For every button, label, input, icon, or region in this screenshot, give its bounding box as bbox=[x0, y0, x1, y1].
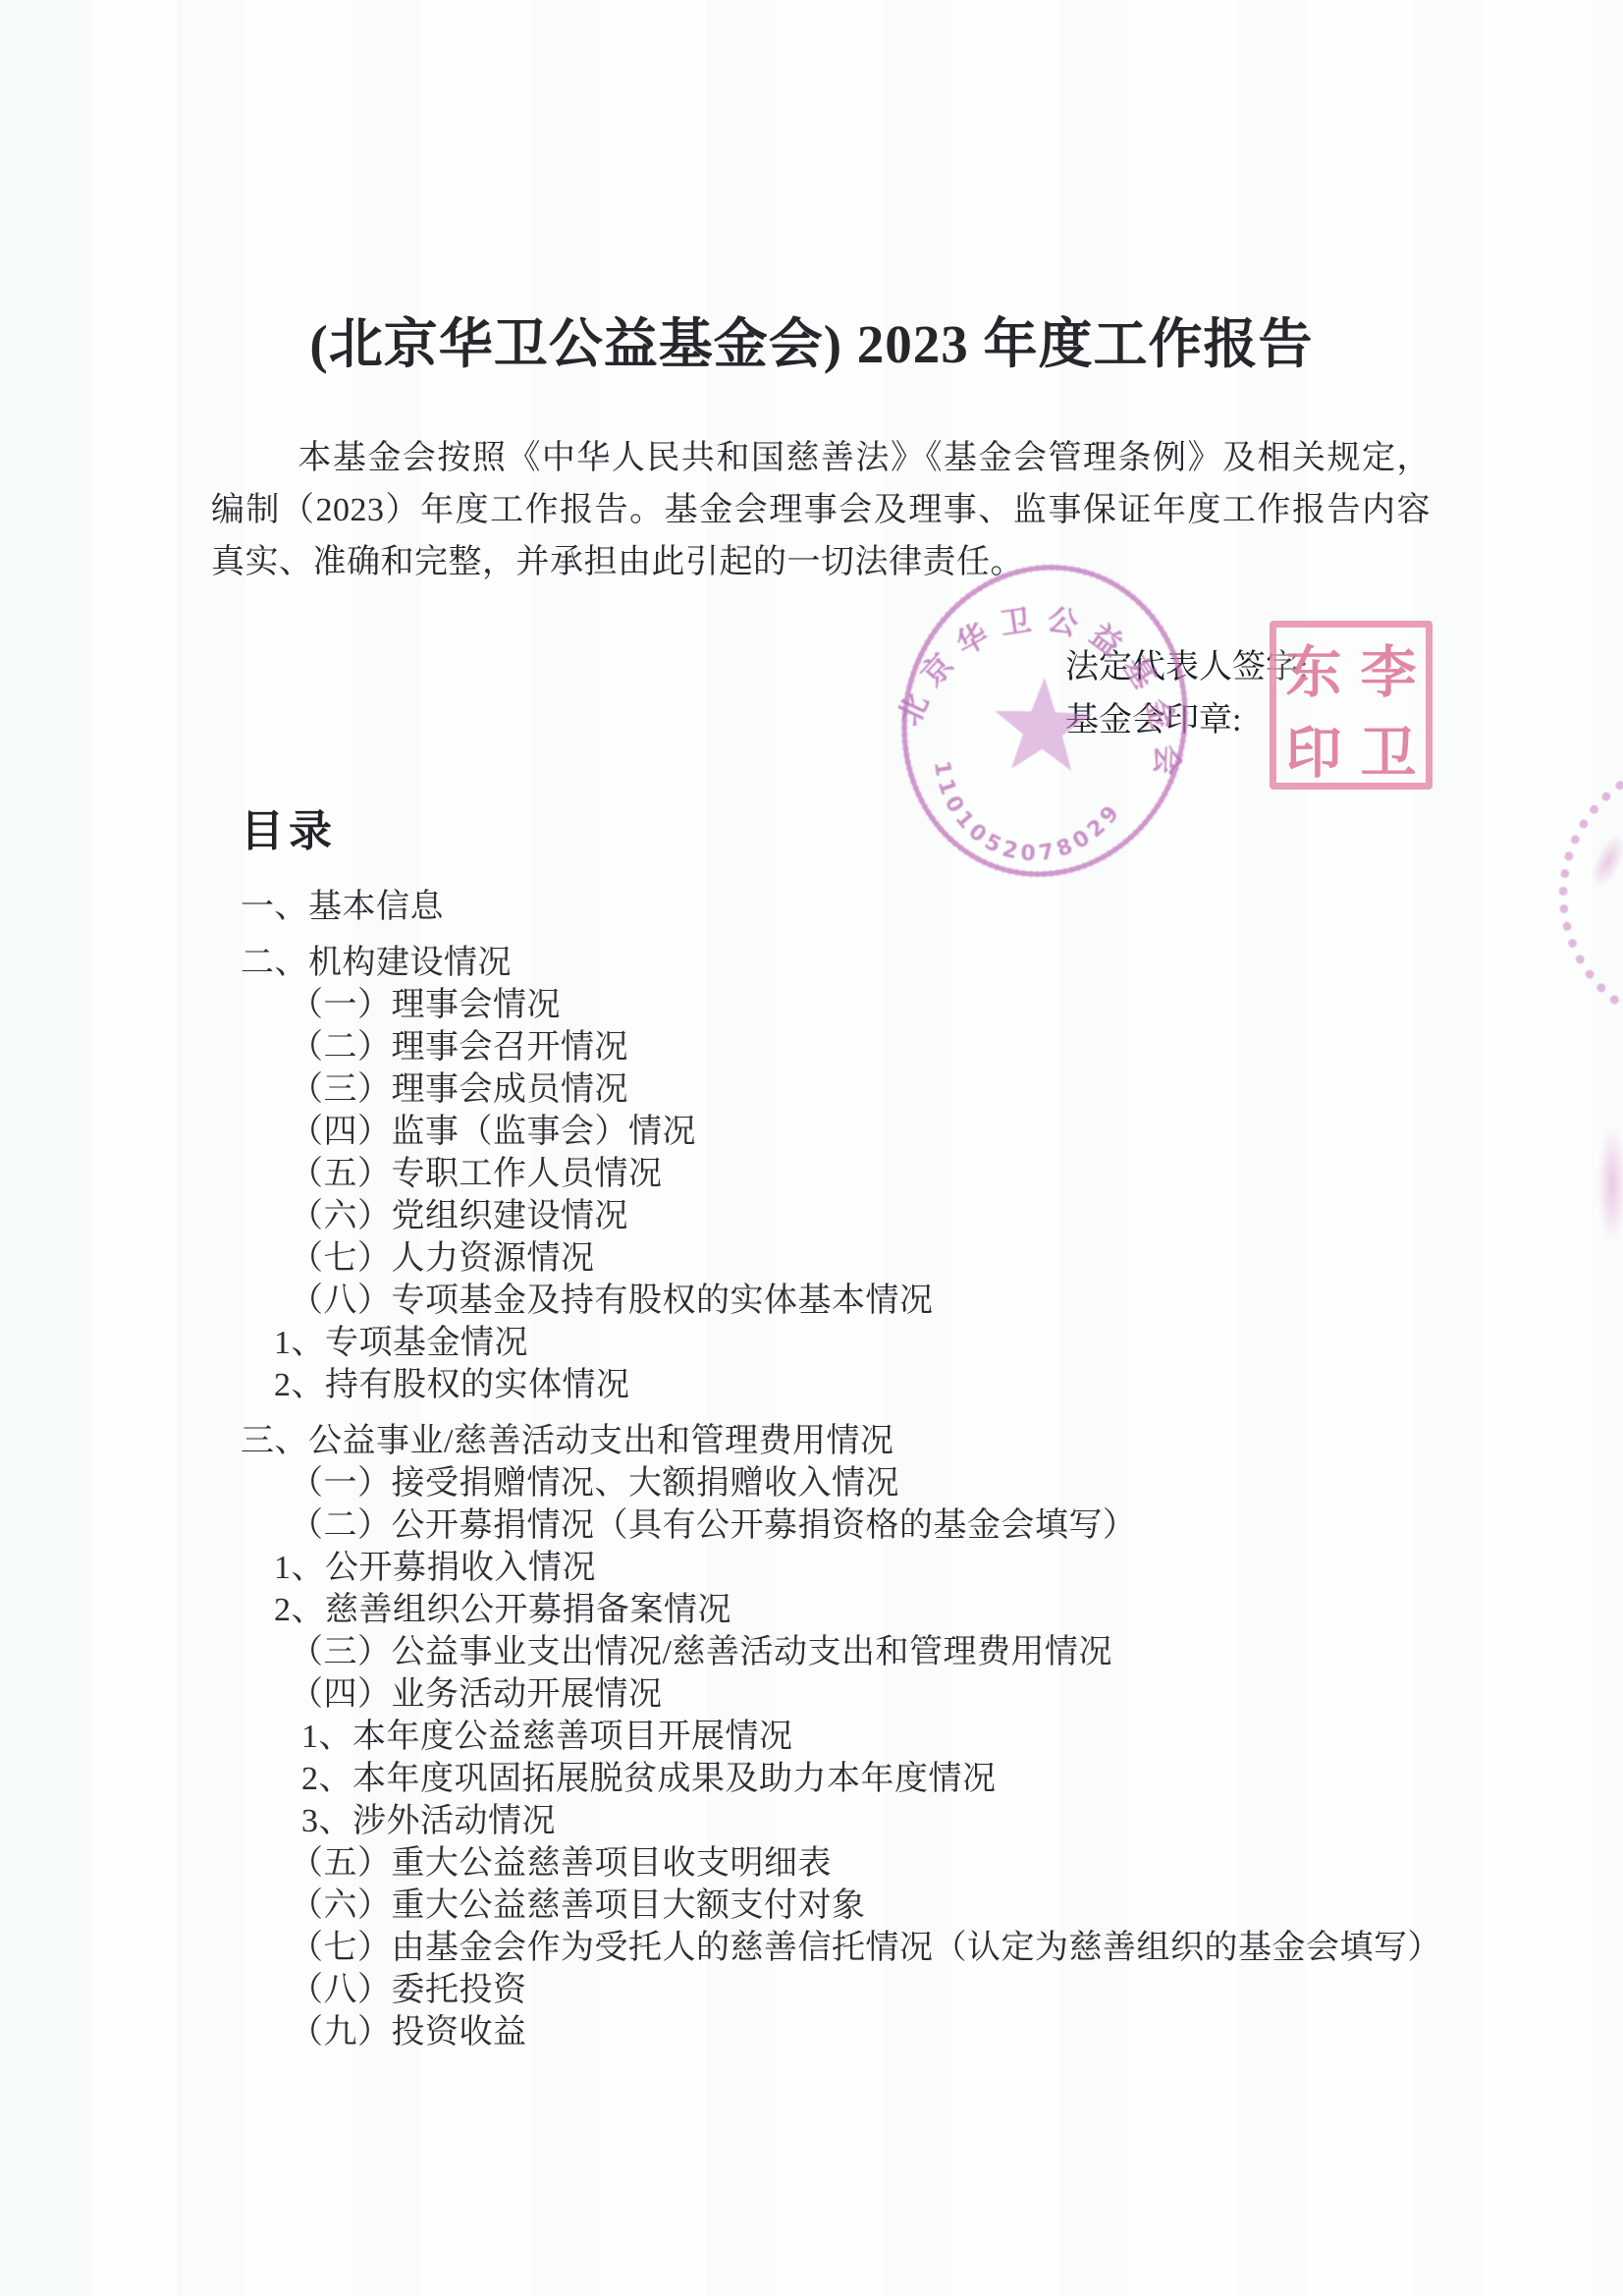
toc-item: （四）业务活动开展情况 bbox=[290, 1677, 1438, 1713]
edge-ink-smudge bbox=[1598, 1125, 1623, 1243]
toc-item: （五）专职工作人员情况 bbox=[290, 1157, 1438, 1192]
toc-item: （三）理事会成员情况 bbox=[290, 1072, 1438, 1108]
intro-paragraph: 本基金会按照《中华人民共和国慈善法》《基金会管理条例》及相关规定，编制（2023… bbox=[211, 432, 1431, 588]
toc-item: （九）投资收益 bbox=[290, 2015, 1438, 2050]
report-title: (北京华卫公益基金会) 2023 年度工作报告 bbox=[0, 301, 1623, 378]
toc-item: 三、公益事业/慈善活动支出和管理费用情况 bbox=[241, 1424, 1438, 1459]
toc-item: 1、本年度公益慈善项目开展情况 bbox=[301, 1720, 1438, 1755]
seal-char: 卫 bbox=[1351, 708, 1426, 789]
seal-char: 东 bbox=[1276, 628, 1351, 708]
toc-item: 1、专项基金情况 bbox=[274, 1326, 1438, 1361]
name-seal-icon: 东 李 印 卫 bbox=[1270, 621, 1433, 790]
toc-list: 一、基本信息二、机构建设情况（一）理事会情况（二）理事会召开情况（三）理事会成员… bbox=[241, 890, 1438, 2050]
seal-char: 印 bbox=[1276, 708, 1351, 789]
toc-item: （五）重大公益慈善项目收支明细表 bbox=[290, 1846, 1438, 1882]
table-of-contents: 目录 一、基本信息二、机构建设情况（一）理事会情况（二）理事会召开情况（三）理事… bbox=[241, 795, 1438, 2057]
toc-item: （四）监事（监事会）情况 bbox=[290, 1115, 1438, 1150]
seal-char: 李 bbox=[1351, 628, 1426, 708]
toc-item: （八）委托投资 bbox=[290, 1973, 1438, 2008]
toc-item: （六）重大公益慈善项目大额支付对象 bbox=[290, 1888, 1438, 1924]
toc-item: （二）公开募捐情况（具有公开募捐资格的基金会填写） bbox=[290, 1508, 1438, 1544]
toc-item: （一）理事会情况 bbox=[290, 988, 1438, 1023]
toc-item: 1、公开募捐收入情况 bbox=[274, 1551, 1438, 1586]
toc-item: （八）专项基金及持有股权的实体基本情况 bbox=[290, 1284, 1438, 1319]
toc-item: 2、本年度巩固拓展脱贫成果及助力本年度情况 bbox=[301, 1762, 1438, 1797]
toc-item: （六）党组织建设情况 bbox=[290, 1199, 1438, 1234]
toc-item: 一、基本信息 bbox=[241, 890, 1438, 925]
edge-partial-stamp-icon bbox=[1559, 754, 1623, 1035]
scanned-report-page: (北京华卫公益基金会) 2023 年度工作报告 本基金会按照《中华人民共和国慈善… bbox=[0, 0, 1623, 2296]
toc-item: 3、涉外活动情况 bbox=[301, 1804, 1438, 1839]
toc-item: （七）人力资源情况 bbox=[290, 1241, 1438, 1277]
toc-item: （一）接受捐赠情况、大额捐赠收入情况 bbox=[290, 1466, 1438, 1502]
toc-item: （二）理事会召开情况 bbox=[290, 1030, 1438, 1066]
toc-item: 2、慈善组织公开募捐备案情况 bbox=[274, 1593, 1438, 1628]
toc-item: 二、机构建设情况 bbox=[241, 946, 1438, 981]
toc-item: 2、持有股权的实体情况 bbox=[274, 1368, 1438, 1403]
toc-item: （七）由基金会作为受托人的慈善信托情况（认定为慈善组织的基金会填写） bbox=[290, 1931, 1438, 1966]
toc-heading: 目录 bbox=[241, 795, 1438, 858]
toc-item: （三）公益事业支出情况/慈善活动支出和管理费用情况 bbox=[290, 1635, 1438, 1670]
